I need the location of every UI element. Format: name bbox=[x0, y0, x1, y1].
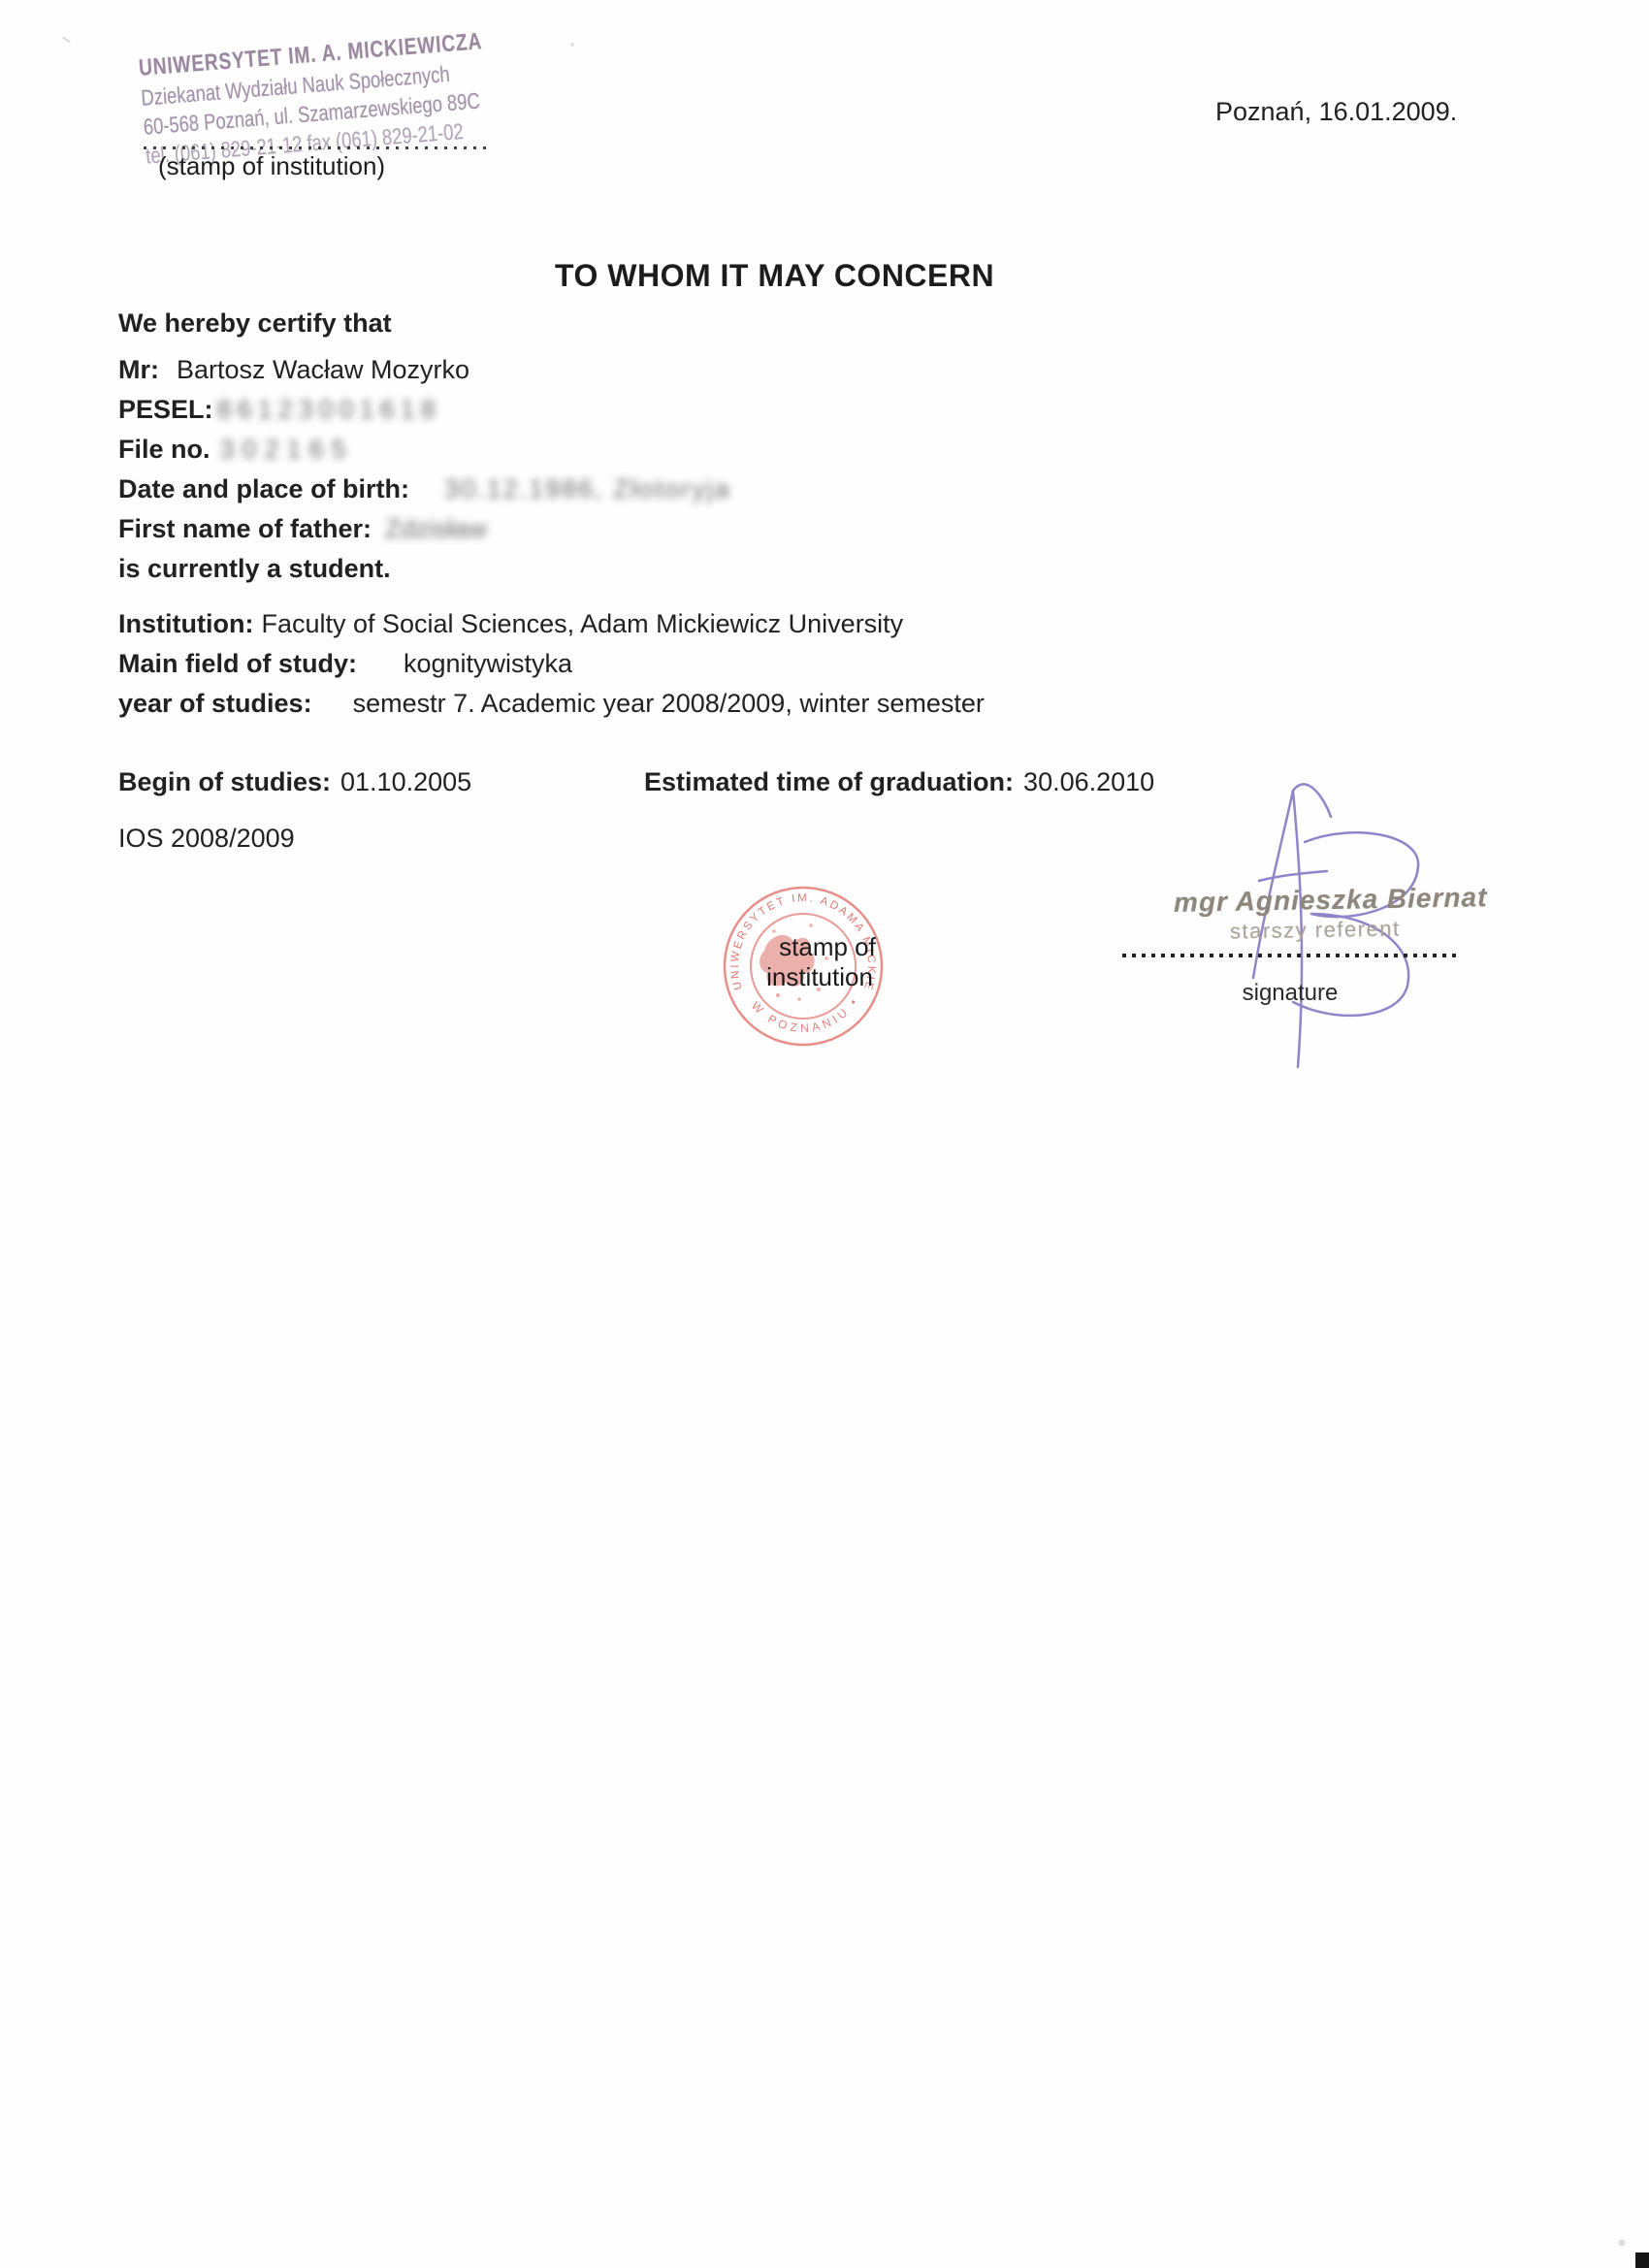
field-name: Mr:Bartosz Wacław Mozyrko bbox=[118, 355, 469, 385]
signature-caption: signature bbox=[1122, 980, 1458, 1007]
file-no-value-redacted: 302165 bbox=[220, 435, 354, 464]
scan-speck bbox=[1619, 2240, 1625, 2246]
pesel-value-redacted: 86123001618 bbox=[217, 395, 441, 424]
pesel-label: PESEL: bbox=[118, 395, 213, 424]
year-value: semestr 7. Academic year 2008/2009, wint… bbox=[353, 689, 985, 718]
scan-speck bbox=[570, 43, 574, 47]
date-line: Poznań, 16.01.2009. bbox=[1215, 97, 1457, 127]
mr-label: Mr: bbox=[118, 355, 159, 384]
field-year-of-studies: year of studies:semestr 7. Academic year… bbox=[118, 689, 985, 719]
signer-name-stamp: mgr Agnieszka Biernat bbox=[1174, 882, 1488, 919]
file-no-label: File no. bbox=[118, 435, 210, 464]
field-graduation: Estimated time of graduation:30.06.2010 bbox=[644, 767, 1154, 797]
father-value-redacted: Zdzisław bbox=[385, 514, 487, 543]
institution-value: Faculty of Social Sciences, Adam Mickiew… bbox=[261, 609, 903, 638]
begin-label: Begin of studies: bbox=[118, 767, 331, 796]
field-institution: Institution:Faculty of Social Sciences, … bbox=[118, 609, 903, 639]
birth-value-redacted: 30.12.1986, Złotoryja bbox=[444, 474, 731, 503]
ios-line: IOS 2008/2009 bbox=[118, 824, 295, 854]
center-caption-line2: institution bbox=[747, 962, 892, 992]
institution-label: Institution: bbox=[118, 609, 253, 638]
main-field-value: kognitywistyka bbox=[404, 649, 572, 678]
begin-value: 01.10.2005 bbox=[340, 767, 471, 796]
document-page: UNIWERSYTET IM. A. MICKIEWICZA Dziekanat… bbox=[0, 0, 1649, 2268]
field-pesel: PESEL:86123001618 bbox=[118, 395, 441, 425]
status-line: is currently a student. bbox=[118, 554, 391, 584]
field-birth: Date and place of birth:30.12.1986, Złot… bbox=[118, 474, 731, 504]
mr-value: Bartosz Wacław Mozyrko bbox=[177, 355, 469, 384]
field-father: First name of father:Zdzisław bbox=[118, 514, 487, 544]
field-begin-of-studies: Begin of studies:01.10.2005 bbox=[118, 767, 471, 797]
year-label: year of studies: bbox=[118, 689, 312, 718]
field-file-no: File no.302165 bbox=[118, 435, 354, 465]
graduation-label: Estimated time of graduation: bbox=[644, 767, 1014, 796]
page-title: TO WHOM IT MAY CONCERN bbox=[555, 258, 994, 294]
field-main-field: Main field of study:kognitywistyka bbox=[118, 649, 572, 679]
stamp-of-institution-caption: (stamp of institution) bbox=[158, 151, 385, 181]
scan-corner-mark bbox=[1635, 2252, 1649, 2268]
graduation-value: 30.06.2010 bbox=[1023, 767, 1154, 796]
center-stamp-caption: stamp of institution bbox=[747, 932, 892, 992]
signature-dotted-line bbox=[1122, 954, 1458, 957]
main-field-label: Main field of study: bbox=[118, 649, 357, 678]
center-caption-line1: stamp of bbox=[747, 932, 892, 962]
father-label: First name of father: bbox=[118, 514, 372, 543]
birth-label: Date and place of birth: bbox=[118, 474, 409, 503]
stamp-dotted-line bbox=[144, 146, 489, 149]
intro-line: We hereby certify that bbox=[118, 308, 392, 339]
scan-speck bbox=[62, 37, 71, 44]
signer-role-stamp: starszy referent bbox=[1230, 916, 1401, 944]
